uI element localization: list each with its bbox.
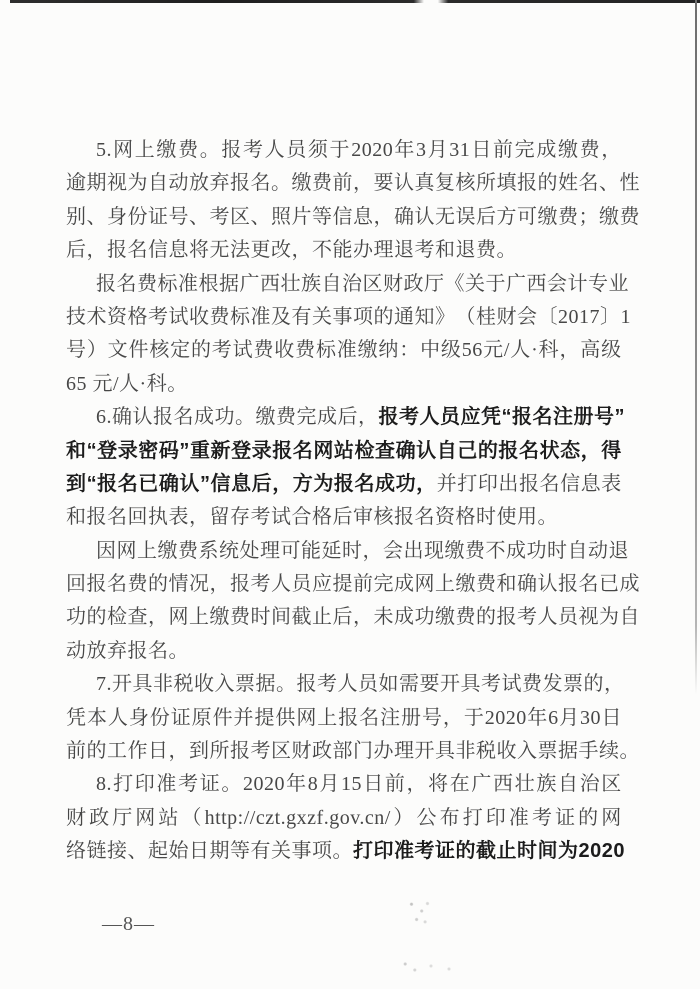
text-line: 和“登录密码”重新登录报名网站检查确认自己的报名状态，得: [66, 435, 622, 468]
scan-speckle: [403, 894, 437, 928]
text-line: 逾期视为自动放弃报名。缴费前，要认真复核所填报的姓名、性: [66, 167, 622, 200]
text-line: 因网上缴费系统处理可能延时，会出现缴费不成功时自动退: [66, 535, 622, 568]
document-body: 5.网上缴费。报考人员须于2020年3月31日前完成缴费，逾期视为自动放弃报名。…: [66, 134, 622, 869]
text-line: 凭本人身份证原件并提供网上报名注册号，于2020年6月30日: [66, 702, 622, 735]
text-line: 报名费标准根据广西壮族自治区财政厅《关于广西会计专业: [66, 268, 622, 301]
text-line: 和报名回执表，留存考试合格后审核报名资格时使用。: [66, 501, 622, 534]
text-line: 动放弃报名。: [66, 635, 622, 668]
scan-edge-right: [695, 0, 697, 695]
text-line: 6.确认报名成功。缴费完成后，报考人员应凭“报名注册号”: [66, 401, 622, 434]
text-line: 络链接、起始日期等有关事项。打印准考证的截止时间为2020: [66, 835, 622, 868]
text-line: 回报名费的情况，报考人员应提前完成网上缴费和确认报名已成: [66, 568, 622, 601]
text-line: 财政厅网站（http://czt.gxzf.gov.cn/）公布打印准考证的网: [66, 802, 622, 835]
text-line: 前的工作日，到所报考区财政部门办理开具非税收入票据手续。: [66, 735, 622, 768]
text-line: 到“报名已确认”信息后，方为报名成功，并打印出报名信息表: [66, 468, 622, 501]
paragraph: 因网上缴费系统处理可能延时，会出现缴费不成功时自动退回报名费的情况，报考人员应提…: [66, 535, 622, 669]
paragraph: 报名费标准根据广西壮族自治区财政厅《关于广西会计专业技术资格考试收费标准及有关事…: [66, 268, 622, 402]
text-line: 65 元/人·科。: [66, 368, 622, 401]
text-line: 后，报名信息将无法更改，不能办理退考和退费。: [66, 234, 622, 267]
text-line: 功的检查，网上缴费时间截止后，未成功缴费的报考人员视为自: [66, 601, 622, 634]
paragraph: 6.确认报名成功。缴费完成后，报考人员应凭“报名注册号”和“登录密码”重新登录报…: [66, 401, 622, 535]
text-line: 别、身份证号、考区、照片等信息，确认无误后方可缴费；缴费: [66, 201, 622, 234]
scan-edge-top: [10, 0, 700, 3]
text-line: 5.网上缴费。报考人员须于2020年3月31日前完成缴费，: [66, 134, 622, 167]
scan-speckle: [398, 957, 458, 977]
paragraph: 5.网上缴费。报考人员须于2020年3月31日前完成缴费，逾期视为自动放弃报名。…: [66, 134, 622, 268]
text-line: 7.开具非税收入票据。报考人员如需要开具考试费发票的，: [66, 668, 622, 701]
paragraph: 8.打印准考证。2020年8月15日前，将在广西壮族自治区财政厅网站（http:…: [66, 768, 622, 868]
text-line: 8.打印准考证。2020年8月15日前，将在广西壮族自治区: [66, 768, 622, 801]
page-number: —8—: [102, 912, 155, 936]
text-line: 技术资格考试收费标准及有关事项的通知》（桂财会〔2017〕1: [66, 301, 622, 334]
text-line: 号）文件核定的考试费收费标准缴纳：中级56元/人·科，高级: [66, 334, 622, 367]
paragraph: 7.开具非税收入票据。报考人员如需要开具考试费发票的，凭本人身份证原件并提供网上…: [66, 668, 622, 768]
